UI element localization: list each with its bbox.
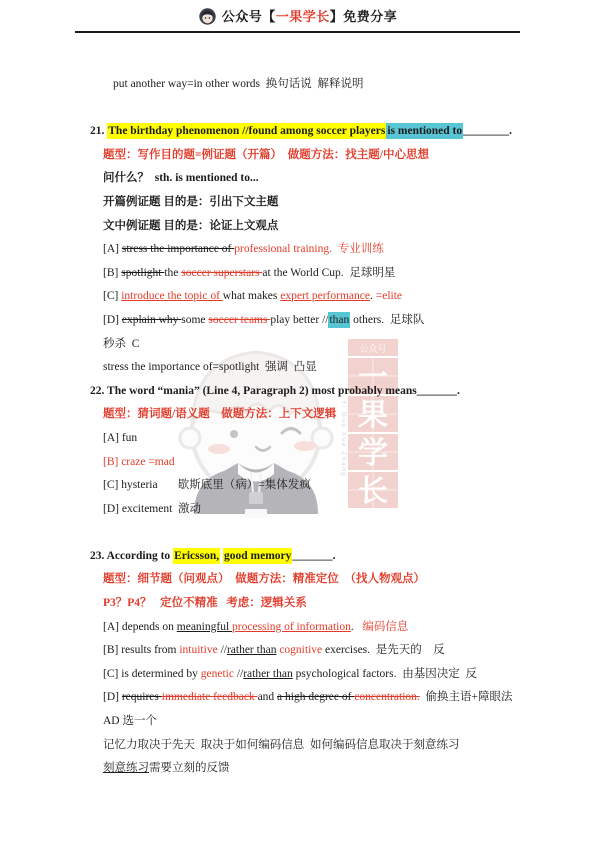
header-title-suffix: 】免费分享 <box>330 9 398 24</box>
text-segment: put another way=in other words 换句话说 解释说明 <box>113 78 364 90</box>
text-line: [B] spotlight the soccer superstars at t… <box>0 262 596 286</box>
text-segment: P3？P4？ 定位不精准 考虑：逻辑关系 <box>103 597 307 609</box>
text-segment: Ericsson, <box>173 548 220 564</box>
text-segment: soccer teams <box>208 314 270 326</box>
text-segment: concentration. <box>354 691 419 703</box>
blank-line <box>0 97 596 121</box>
header-brand-name: 一果学长 <box>276 9 330 24</box>
text-segment: others. 足球队 <box>350 314 424 326</box>
text-segment: [C] is determined by <box>103 668 201 680</box>
text-line: [A] fun <box>0 427 596 451</box>
text-segment: . <box>351 621 363 633</box>
text-line: AD 选一个 <box>0 710 596 734</box>
text-segment: 记忆力取决于先天 取决于如何编码信息 如何编码信息取决于刻意练习 <box>103 739 460 751</box>
text-line: 刻意练习需要立刻的反馈 <box>0 757 596 781</box>
text-segment: rather than <box>227 644 277 656</box>
text-segment: requires <box>122 691 162 703</box>
header-title-prefix: 公众号【 <box>222 9 276 24</box>
text-segment: a high degree of <box>277 691 354 703</box>
text-segment: psychological factors. 由基因决定 反 <box>293 668 477 680</box>
text-segment: 秒杀 C <box>103 338 139 350</box>
text-segment: _______. <box>292 550 335 562</box>
text-segment: // <box>234 668 243 680</box>
text-segment: intuitive <box>179 644 217 656</box>
text-segment: explain why <box>122 314 181 326</box>
text-segment: 文中例证题 目的是：论证上文观点 <box>103 220 278 232</box>
text-segment: [A] fun <box>103 432 137 444</box>
text-segment: 需要立刻的反馈 <box>149 762 230 774</box>
text-segment: [D] <box>103 691 122 703</box>
text-segment: =elite <box>376 290 402 302</box>
text-segment: introduce the topic of <box>121 290 223 302</box>
text-line: 题型：写作目的题=例证题（开篇） 做题方法：找主题/中心思想 <box>0 144 596 168</box>
text-segment: [A] depends on <box>103 621 177 633</box>
text-segment: cognitive <box>279 644 322 656</box>
text-line: 文中例证题 目的是：论证上文观点 <box>0 215 596 239</box>
blank-line <box>0 521 596 545</box>
text-line: 21. The birthday phenomenon //found amon… <box>0 120 596 144</box>
text-segment: rather than <box>243 668 293 680</box>
document-page: 公众号【一果学长】免费分享 公众号 <box>0 0 596 842</box>
text-segment: 题型：写作目的题=例证题（开篇） 做题方法：找主题/中心思想 <box>103 149 429 161</box>
text-segment: [B] craze =mad <box>103 456 175 468</box>
text-segment: what makes <box>223 290 280 302</box>
text-segment: 偷换主语+障眼法 <box>420 691 513 703</box>
text-segment: The birthday phenomenon //found among so… <box>107 123 386 139</box>
text-segment: the <box>164 267 181 279</box>
text-segment: [B] <box>103 267 121 279</box>
text-line: 题型：细节题（问观点） 做题方法：精准定位 （找人物观点） <box>0 568 596 592</box>
text-segment: exercises. 是先天的 反 <box>322 644 445 656</box>
text-segment: [D] excitement 激动 <box>103 503 201 515</box>
text-line: stress the importance of=spotlight 强调 凸显 <box>0 356 596 380</box>
text-segment: play better // <box>270 314 328 326</box>
text-segment: soccer superstars <box>181 267 262 279</box>
text-line: P3？P4？ 定位不精准 考虑：逻辑关系 <box>0 592 596 616</box>
text-segment: 编码信息 <box>362 621 408 633</box>
page-header: 公众号【一果学长】免费分享 <box>0 6 596 28</box>
text-line: [D] explain why some soccer teams play b… <box>0 309 596 333</box>
text-segment: 开篇例证题 目的是：引出下文主题 <box>103 196 278 208</box>
text-segment: // <box>218 644 227 656</box>
text-segment: professional training. 专业训练 <box>234 243 383 255</box>
text-line: [B] craze =mad <box>0 451 596 475</box>
text-line: [D] requires immediate feedback and a hi… <box>0 686 596 710</box>
text-segment: genetic <box>201 668 234 680</box>
text-line: 23. According to Ericsson, good memory__… <box>0 545 596 569</box>
text-segment: good memory <box>223 548 292 564</box>
text-segment: AD 选一个 <box>103 715 157 727</box>
text-segment: is mentioned to <box>386 123 463 139</box>
text-segment: spotlight <box>121 267 164 279</box>
text-line: [B] results from intuitive //rather than… <box>0 639 596 663</box>
text-segment: processing of information <box>232 621 351 633</box>
text-line: [A] stress the importance of professiona… <box>0 238 596 262</box>
text-segment: immediate feedback <box>162 691 258 703</box>
text-segment: 问什么？ sth. is mentioned to... <box>103 172 259 184</box>
text-segment: stress the importance of=spotlight 强调 凸显 <box>103 361 317 373</box>
text-line: 开篇例证题 目的是：引出下文主题 <box>0 191 596 215</box>
cartoon-avatar-icon <box>199 8 216 28</box>
text-segment: [C] hysteria 歇斯底里（病）=集体发疯 <box>103 479 311 491</box>
text-segment: 23. According to <box>90 550 173 562</box>
text-segment: [C] <box>103 290 121 302</box>
text-line: [C] is determined by genetic //rather th… <box>0 663 596 687</box>
text-segment: [D] <box>103 314 122 326</box>
text-line: [C] hysteria 歇斯底里（病）=集体发疯 <box>0 474 596 498</box>
text-segment: [A] <box>103 243 122 255</box>
text-line: 记忆力取决于先天 取决于如何编码信息 如何编码信息取决于刻意练习 <box>0 734 596 758</box>
text-segment: than <box>328 312 350 328</box>
text-line: 问什么？ sth. is mentioned to... <box>0 167 596 191</box>
text-segment: [B] results from <box>103 644 179 656</box>
text-segment: 21. <box>90 125 107 137</box>
text-segment: and <box>258 691 277 703</box>
text-line: [C] introduce the topic of what makes ex… <box>0 285 596 309</box>
text-line: 22. The word “mania” (Line 4, Paragraph … <box>0 380 596 404</box>
text-segment: at the World Cup. 足球明星 <box>262 267 395 279</box>
text-segment: meaningful <box>177 621 232 633</box>
text-segment: 刻意练习 <box>103 762 149 774</box>
text-segment: 题型：细节题（问观点） 做题方法：精准定位 （找人物观点） <box>103 573 425 585</box>
text-line: 秒杀 C <box>0 333 596 357</box>
text-segment: 题型：猜词题/语义题 做题方法：上下文逻辑 <box>103 408 336 420</box>
text-segment: some <box>181 314 208 326</box>
text-line: 题型：猜词题/语义题 做题方法：上下文逻辑 <box>0 403 596 427</box>
text-segment: stress the importance of <box>122 243 234 255</box>
text-line: put another way=in other words 换句话说 解释说明 <box>0 73 596 97</box>
text-segment: 22. The word “mania” (Line 4, Paragraph … <box>90 385 460 397</box>
text-line: [D] excitement 激动 <box>0 498 596 522</box>
text-segment: expert performance <box>280 290 370 302</box>
document-body: put another way=in other words 换句话说 解释说明… <box>0 33 596 781</box>
text-segment: ________. <box>463 125 512 137</box>
text-line: [A] depends on meaningful processing of … <box>0 616 596 640</box>
